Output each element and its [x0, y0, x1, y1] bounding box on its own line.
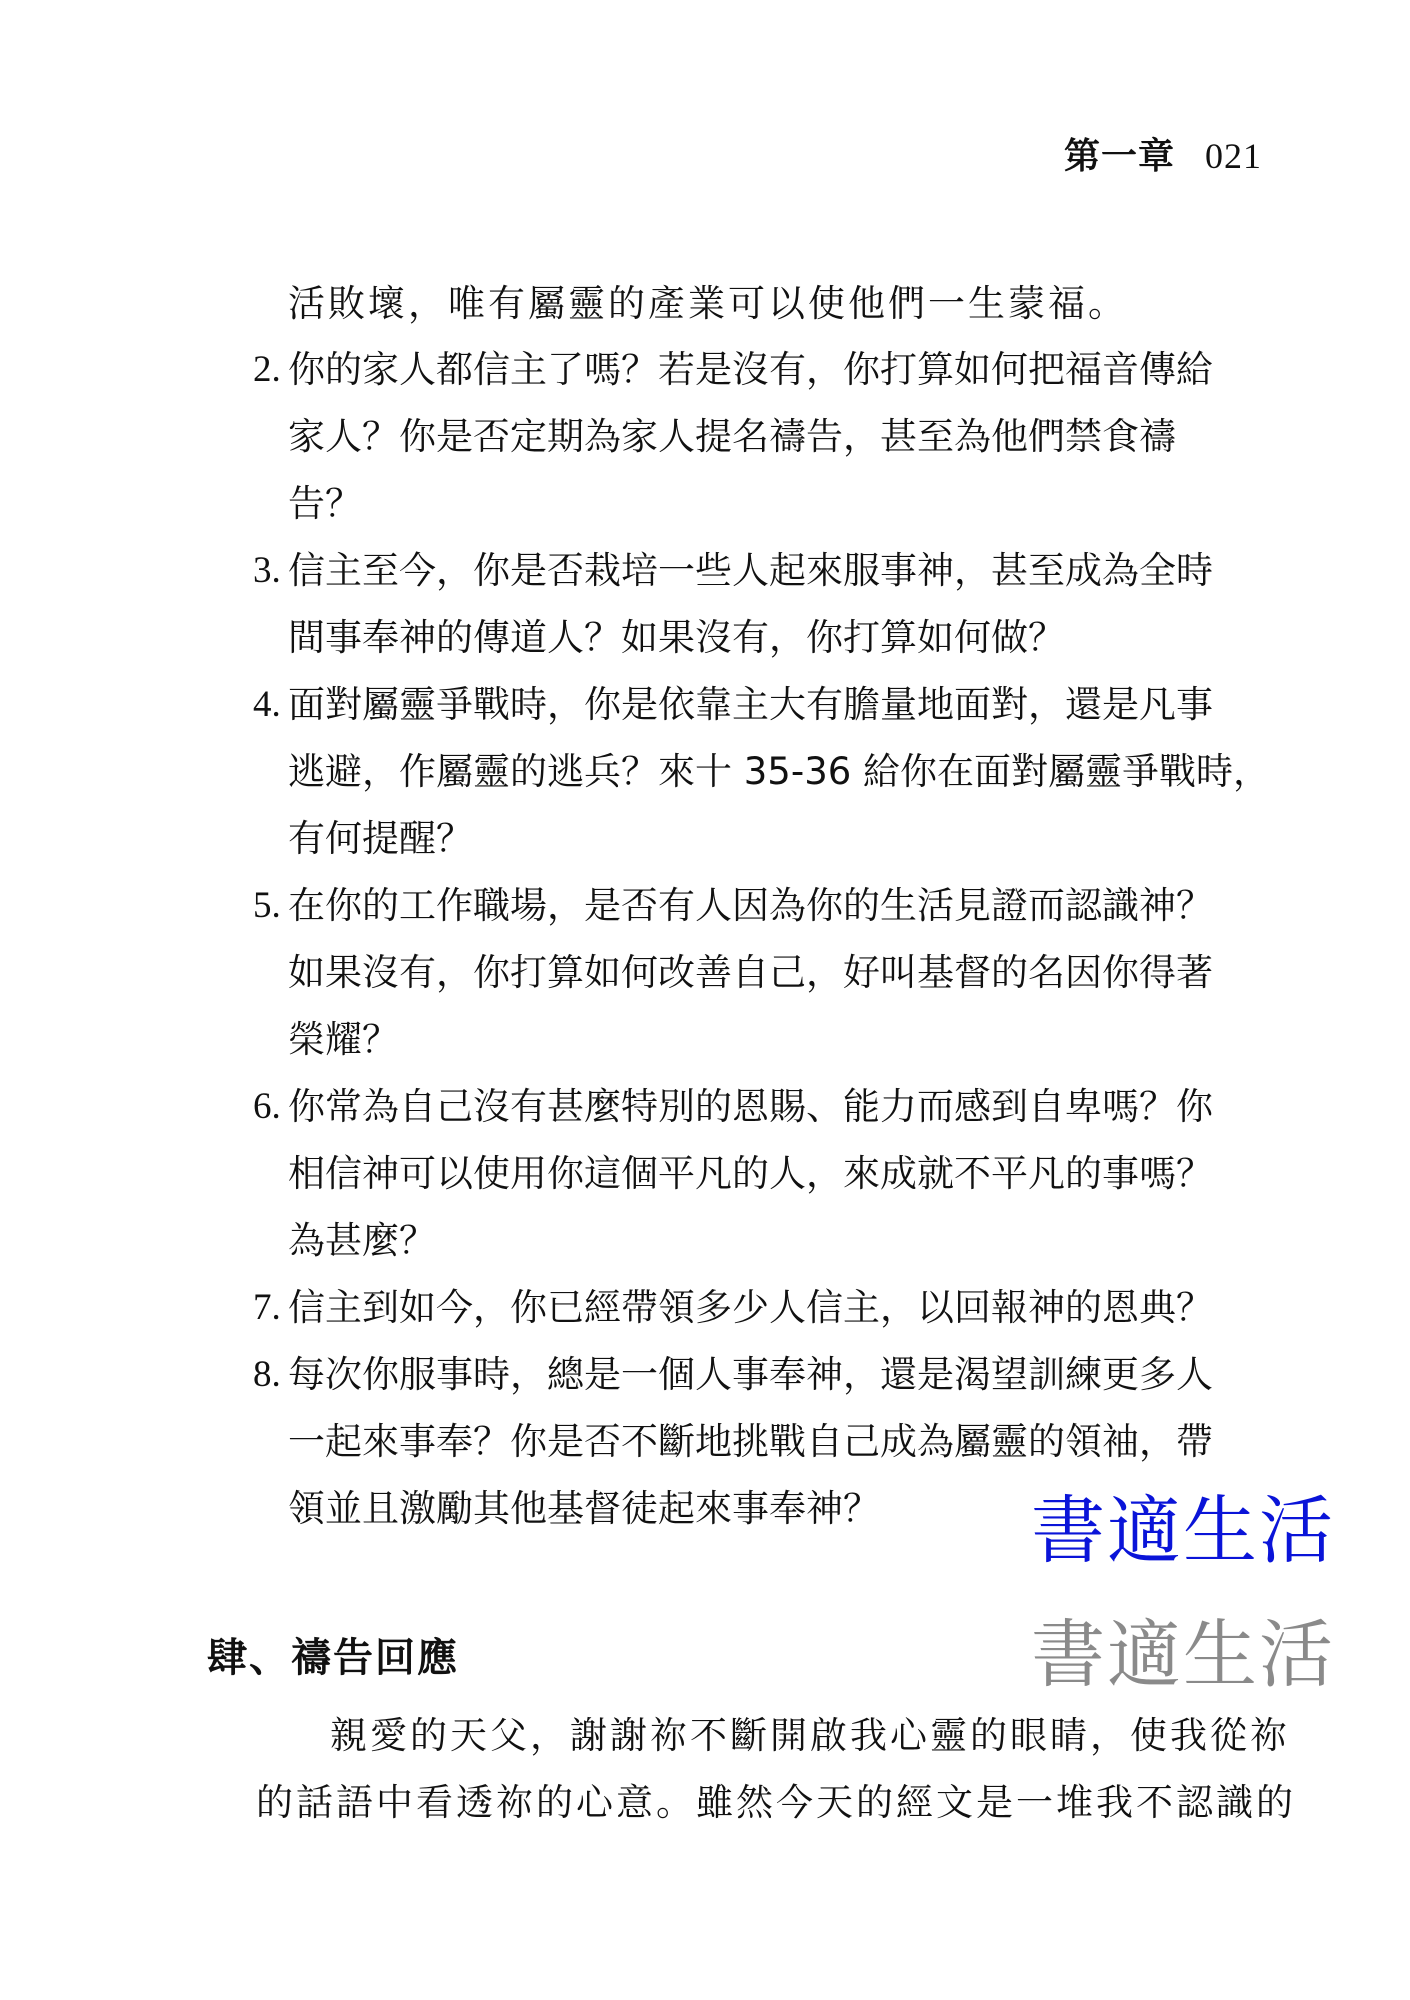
question-number: 4. [253, 671, 281, 738]
page-number: 021 [1205, 136, 1262, 176]
question-line: 為甚麼？ [288, 1207, 436, 1274]
question-line: 你的家人都信主了嗎？若是沒有，你打算如何把福音傳給 [288, 336, 1213, 403]
question-line: 有何提醒？ [288, 805, 473, 872]
question-line: 榮耀？ [288, 1006, 399, 1073]
question-line: 間事奉神的傳道人？如果沒有，你打算如何做？ [288, 604, 1065, 671]
question-line: 在你的工作職場，是否有人因為你的生活見證而認識神？ [288, 872, 1213, 939]
question-line: 相信神可以使用你這個平凡的人，來成就不平凡的事嗎？ [288, 1140, 1213, 1207]
question-number: 7. [253, 1274, 281, 1341]
question-line: 信主至今，你是否栽培一些人起來服事神，甚至成為全時 [288, 537, 1213, 604]
question-line: 信主到如今，你已經帶領多少人信主，以回報神的恩典？ [288, 1274, 1213, 1341]
prayer-line: 親愛的天父，謝謝祢不斷開啟我心靈的眼睛，使我從祢 [330, 1702, 1290, 1769]
question-line: 告？ [288, 470, 362, 537]
question-line: 一起來事奉？你是否不斷地挑戰自己成為屬靈的領袖，帶 [288, 1408, 1213, 1475]
question-number: 3. [253, 537, 281, 604]
question-line: 逃避，作屬靈的逃兵？來十 35-36 給你在面對屬靈爭戰時， [288, 738, 1270, 805]
question-line: 面對屬靈爭戰時，你是依靠主大有膽量地面對，還是凡事 [288, 671, 1213, 738]
section-heading: 肆、禱告回應 [207, 1628, 459, 1688]
prayer-line: 的話語中看透祢的心意。雖然今天的經文是一堆我不認識的 [256, 1769, 1296, 1836]
question-number: 2. [253, 336, 281, 403]
question-line: 家人？你是否定期為家人提名禱告，甚至為他們禁食禱 [288, 403, 1176, 470]
question-number: 5. [253, 872, 281, 939]
continuation-line: 活敗壞，唯有屬靈的產業可以使他們一生蒙福。 [288, 270, 1128, 337]
running-header: 第一章021 [1044, 86, 1262, 179]
question-number: 8. [253, 1341, 281, 1408]
question-line: 如果沒有，你打算如何改善自己，好叫基督的名因你得著 [288, 939, 1213, 1006]
question-line: 每次你服事時，總是一個人事奉神，還是渴望訓練更多人 [288, 1341, 1213, 1408]
question-number: 6. [253, 1073, 281, 1140]
watermark-gray: 書適生活 [1031, 1610, 1335, 1700]
watermark-blue: 書適生活 [1031, 1486, 1335, 1576]
question-line: 領並且激勵其他基督徒起來事奉神？ [288, 1475, 880, 1542]
chapter-label: 第一章 [1064, 136, 1175, 176]
question-line: 你常為自己沒有甚麼特別的恩賜、能力而感到自卑嗎？你 [288, 1073, 1213, 1140]
